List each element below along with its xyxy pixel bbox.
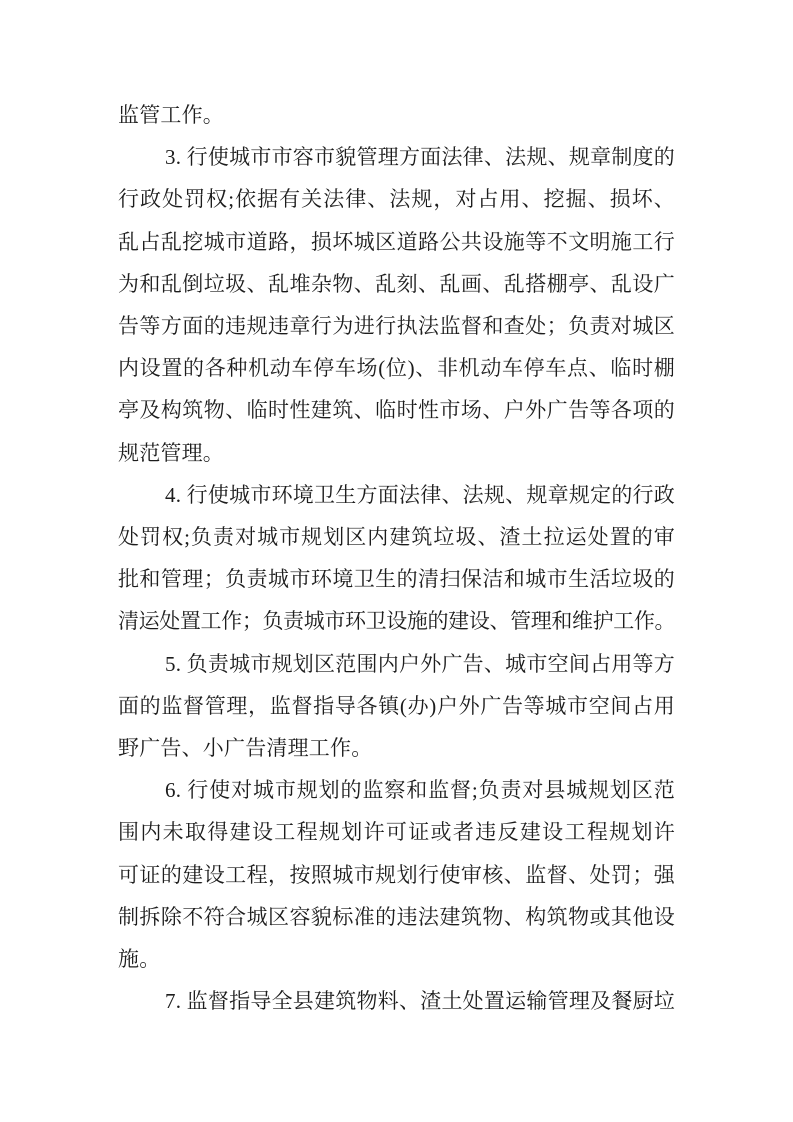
body-line: 面的监督管理，监督指导各镇(办)户外广告等城市空间占用	[118, 685, 675, 727]
body-line: 5. 负责城市规划区范围内户外广告、城市空间占用等方	[118, 643, 675, 685]
body-line: 行政处罚权;依据有关法律、法规，对占用、挖掘、损坏、	[118, 178, 675, 220]
body-line: 制拆除不符合城区容貌标准的违法建筑物、构筑物或其他设	[118, 896, 675, 938]
body-line: 告等方面的违规违章行为进行执法监督和查处；负责对城区	[118, 305, 675, 347]
body-line: 批和管理；负责城市环境卫生的清扫保洁和城市生活垃圾的	[118, 558, 675, 600]
body-line: 3. 行使城市市容市貌管理方面法律、法规、规章制度的	[118, 136, 675, 178]
body-line: 6. 行使对城市规划的监察和监督;负责对县城规划区范	[118, 769, 675, 811]
body-line: 7. 监督指导全县建筑物料、渣土处置运输管理及餐厨垃	[118, 980, 675, 1022]
document-body-text: 监管工作。 3. 行使城市市容市貌管理方面法律、法规、规章制度的 行政处罚权;依…	[118, 94, 675, 1022]
document-page: 监管工作。 3. 行使城市市容市貌管理方面法律、法规、规章制度的 行政处罚权;依…	[0, 0, 793, 1122]
body-line: 清运处置工作；负责城市环卫设施的建设、管理和维护工作。	[118, 600, 675, 642]
body-line: 围内未取得建设工程规划许可证或者违反建设工程规划许	[118, 811, 675, 853]
body-line: 为和乱倒垃圾、乱堆杂物、乱刻、乱画、乱搭棚亭、乱设广	[118, 263, 675, 305]
body-line: 野广告、小广告清理工作。	[118, 727, 675, 769]
body-line: 乱占乱挖城市道路，损坏城区道路公共设施等不文明施工行	[118, 221, 675, 263]
body-line: 亭及构筑物、临时性建筑、临时性市场、户外广告等各项的	[118, 389, 675, 431]
body-line: 监管工作。	[118, 94, 675, 136]
body-line: 施。	[118, 938, 675, 980]
body-line: 处罚权;负责对城市规划区内建筑垃圾、渣土拉运处置的审	[118, 516, 675, 558]
body-line: 可证的建设工程，按照城市规划行使审核、监督、处罚；强	[118, 854, 675, 896]
body-line: 4. 行使城市环境卫生方面法律、法规、规章规定的行政	[118, 474, 675, 516]
body-line: 规范管理。	[118, 432, 675, 474]
body-line: 内设置的各种机动车停车场(位)、非机动车停车点、临时棚	[118, 347, 675, 389]
